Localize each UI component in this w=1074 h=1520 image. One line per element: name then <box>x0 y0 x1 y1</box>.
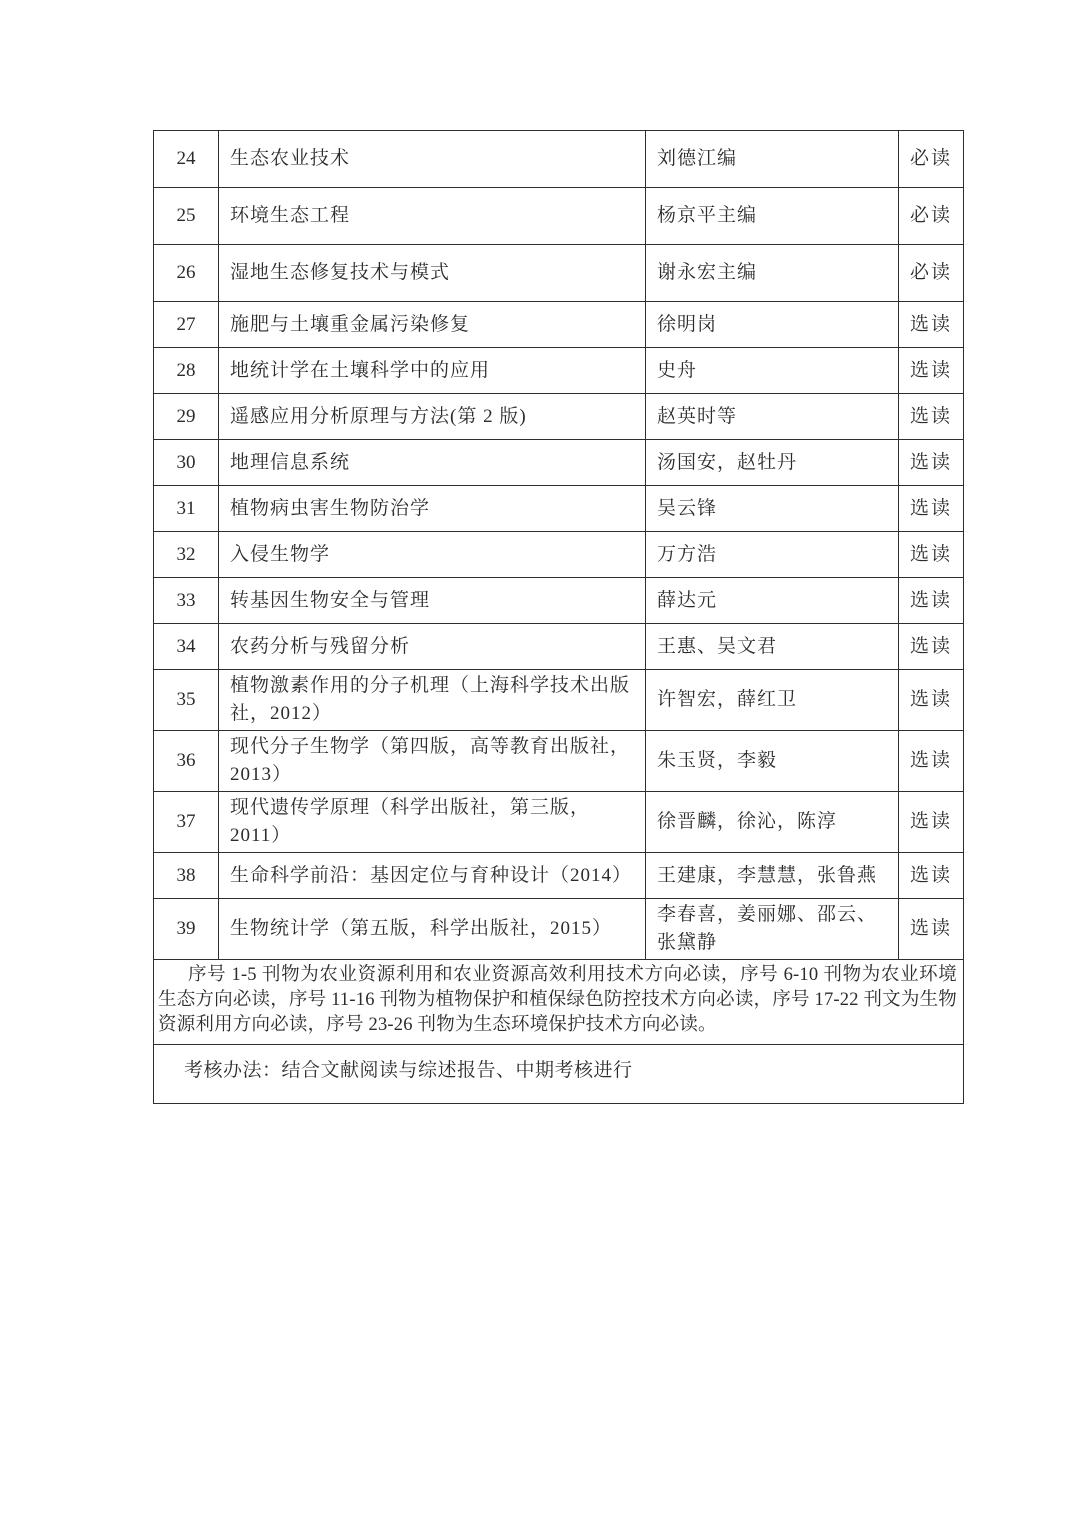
row-number: 30 <box>154 440 219 486</box>
reading-status: 选读 <box>899 853 964 899</box>
reading-status: 选读 <box>899 731 964 792</box>
reading-list-notes: 序号 1-5 刊物为农业资源利用和农业资源高效利用技术方向必读，序号 6-10 … <box>154 960 964 1104</box>
row-number: 27 <box>154 302 219 348</box>
reading-status: 选读 <box>899 348 964 394</box>
book-title: 生命科学前沿：基因定位与育种设计（2014） <box>219 853 646 899</box>
table-row: 24 生态农业技术 刘德江编 必读 <box>154 131 964 188</box>
book-author: 王惠、吴文君 <box>646 624 899 670</box>
book-title: 生物统计学（第五版，科学出版社，2015） <box>219 899 646 960</box>
book-author: 徐晋麟，徐沁，陈淳 <box>646 792 899 853</box>
row-number: 28 <box>154 348 219 394</box>
table-row: 27 施肥与土壤重金属污染修复 徐明岗 选读 <box>154 302 964 348</box>
table-row: 30 地理信息系统 汤国安，赵牡丹 选读 <box>154 440 964 486</box>
book-author: 吴云锋 <box>646 486 899 532</box>
row-number: 29 <box>154 394 219 440</box>
table-row: 26 湿地生态修复技术与模式 谢永宏主编 必读 <box>154 245 964 302</box>
book-title: 施肥与土壤重金属污染修复 <box>219 302 646 348</box>
reading-status: 选读 <box>899 440 964 486</box>
reading-status: 必读 <box>899 131 964 188</box>
book-author: 王建康，李慧慧，张鲁燕 <box>646 853 899 899</box>
book-author: 李春喜，姜丽娜、邵云、张黛静 <box>646 899 899 960</box>
row-number: 32 <box>154 532 219 578</box>
book-title: 环境生态工程 <box>219 188 646 245</box>
book-title: 农药分析与残留分析 <box>219 624 646 670</box>
reading-status: 选读 <box>899 532 964 578</box>
reading-status: 必读 <box>899 188 964 245</box>
table-row: 34 农药分析与残留分析 王惠、吴文君 选读 <box>154 624 964 670</box>
reading-status: 选读 <box>899 792 964 853</box>
book-title: 植物激素作用的分子机理（上海科学技术出版社，2012） <box>219 670 646 731</box>
row-number: 24 <box>154 131 219 188</box>
reading-status: 选读 <box>899 394 964 440</box>
note-assessment-method: 考核办法：结合文献阅读与综述报告、中期考核进行 <box>154 1045 964 1104</box>
table-row: 31 植物病虫害生物防治学 吴云锋 选读 <box>154 486 964 532</box>
table-row: 36 现代分子生物学（第四版，高等教育出版社，2013） 朱玉贤，李毅 选读 <box>154 731 964 792</box>
book-author: 朱玉贤，李毅 <box>646 731 899 792</box>
book-title: 转基因生物安全与管理 <box>219 578 646 624</box>
reading-status: 选读 <box>899 624 964 670</box>
table-row: 25 环境生态工程 杨京平主编 必读 <box>154 188 964 245</box>
table-row: 39 生物统计学（第五版，科学出版社，2015） 李春喜，姜丽娜、邵云、张黛静 … <box>154 899 964 960</box>
reading-status: 选读 <box>899 578 964 624</box>
book-author: 谢永宏主编 <box>646 245 899 302</box>
book-author: 徐明岗 <box>646 302 899 348</box>
book-title: 地理信息系统 <box>219 440 646 486</box>
book-author: 赵英时等 <box>646 394 899 440</box>
reading-status: 选读 <box>899 302 964 348</box>
row-number: 33 <box>154 578 219 624</box>
document-page: 24 生态农业技术 刘德江编 必读 25 环境生态工程 杨京平主编 必读 26 … <box>0 0 1074 1520</box>
book-author: 杨京平主编 <box>646 188 899 245</box>
note-direction-requirements: 序号 1-5 刊物为农业资源利用和农业资源高效利用技术方向必读，序号 6-10 … <box>154 960 964 1045</box>
row-number: 38 <box>154 853 219 899</box>
row-number: 31 <box>154 486 219 532</box>
reading-status: 选读 <box>899 670 964 731</box>
row-number: 34 <box>154 624 219 670</box>
table-row: 32 入侵生物学 万方浩 选读 <box>154 532 964 578</box>
table-row: 28 地统计学在土壤科学中的应用 史舟 选读 <box>154 348 964 394</box>
reading-status: 选读 <box>899 486 964 532</box>
row-number: 36 <box>154 731 219 792</box>
book-title: 遥感应用分析原理与方法(第 2 版) <box>219 394 646 440</box>
table-row: 序号 1-5 刊物为农业资源利用和农业资源高效利用技术方向必读，序号 6-10 … <box>154 960 964 1045</box>
table-row: 38 生命科学前沿：基因定位与育种设计（2014） 王建康，李慧慧，张鲁燕 选读 <box>154 853 964 899</box>
book-title: 现代遗传学原理（科学出版社，第三版，2011） <box>219 792 646 853</box>
table-row: 考核办法：结合文献阅读与综述报告、中期考核进行 <box>154 1045 964 1104</box>
book-title: 湿地生态修复技术与模式 <box>219 245 646 302</box>
book-title: 入侵生物学 <box>219 532 646 578</box>
book-author: 许智宏，薛红卫 <box>646 670 899 731</box>
book-author: 汤国安，赵牡丹 <box>646 440 899 486</box>
row-number: 25 <box>154 188 219 245</box>
book-title: 现代分子生物学（第四版，高等教育出版社，2013） <box>219 731 646 792</box>
row-number: 39 <box>154 899 219 960</box>
book-title: 地统计学在土壤科学中的应用 <box>219 348 646 394</box>
table-row: 35 植物激素作用的分子机理（上海科学技术出版社，2012） 许智宏，薛红卫 选… <box>154 670 964 731</box>
row-number: 37 <box>154 792 219 853</box>
reading-status: 选读 <box>899 899 964 960</box>
row-number: 26 <box>154 245 219 302</box>
reading-list-table: 24 生态农业技术 刘德江编 必读 25 环境生态工程 杨京平主编 必读 26 … <box>153 130 964 1104</box>
table-row: 29 遥感应用分析原理与方法(第 2 版) 赵英时等 选读 <box>154 394 964 440</box>
row-number: 35 <box>154 670 219 731</box>
reading-status: 必读 <box>899 245 964 302</box>
table-row: 37 现代遗传学原理（科学出版社，第三版，2011） 徐晋麟，徐沁，陈淳 选读 <box>154 792 964 853</box>
reading-list-rows: 24 生态农业技术 刘德江编 必读 25 环境生态工程 杨京平主编 必读 26 … <box>154 131 964 960</box>
book-author: 史舟 <box>646 348 899 394</box>
table-row: 33 转基因生物安全与管理 薛达元 选读 <box>154 578 964 624</box>
book-author: 薛达元 <box>646 578 899 624</box>
book-title: 植物病虫害生物防治学 <box>219 486 646 532</box>
book-author: 刘德江编 <box>646 131 899 188</box>
book-title: 生态农业技术 <box>219 131 646 188</box>
book-author: 万方浩 <box>646 532 899 578</box>
